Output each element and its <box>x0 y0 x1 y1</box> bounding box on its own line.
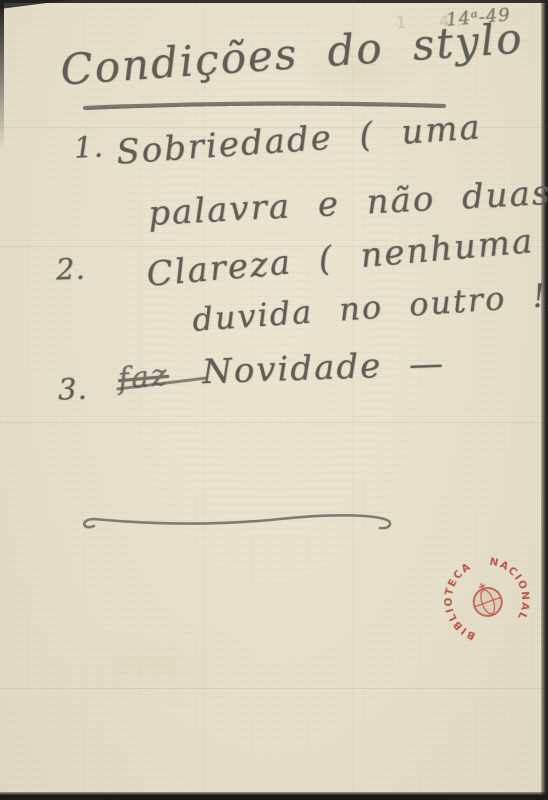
scan-edge-right <box>541 0 548 800</box>
scan-edge-bottom <box>0 792 548 800</box>
library-stamp: BIBLIOTECA NACIONAL <box>414 527 548 673</box>
item-1-line-1: Sobriedade ( uma <box>115 107 483 172</box>
stamp-emblem <box>468 579 506 620</box>
page-title: Condições do stylo , <box>59 10 548 94</box>
item-3-struck-word: faz <box>117 358 171 397</box>
item-1-number: 1. <box>73 129 104 165</box>
item-3-number: 3. <box>57 371 88 406</box>
paper-crease <box>0 688 548 689</box>
divider-flourish <box>78 500 408 548</box>
scan-edge-top-wedge <box>0 0 70 9</box>
paper-crease <box>204 0 205 800</box>
paper-crease <box>0 422 548 423</box>
scan-edge-top <box>0 0 548 3</box>
item-2-number: 2. <box>55 251 86 286</box>
manuscript-page: 1 4. 14ᵃ-49 Condições do stylo , 1. Sobr… <box>0 0 548 800</box>
paper-stain <box>60 620 260 710</box>
item-3-text: Novidade — <box>201 344 445 392</box>
